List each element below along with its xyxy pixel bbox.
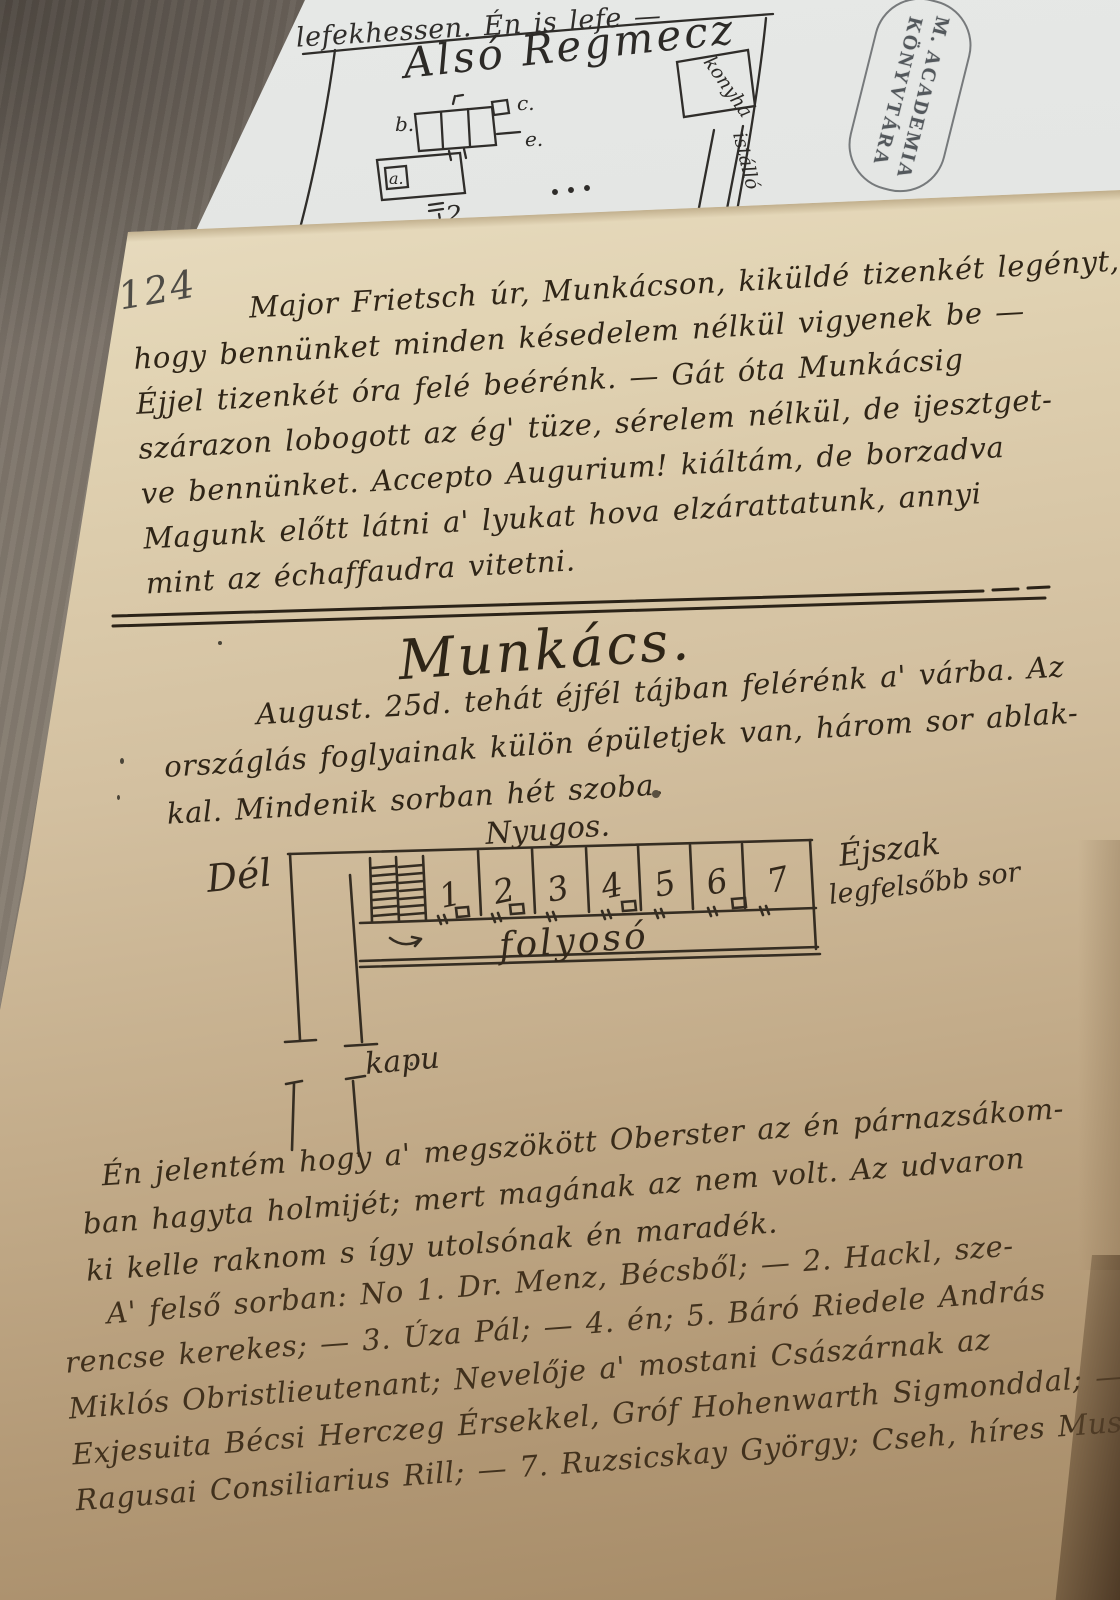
map-label-b: b.: [395, 112, 414, 136]
plan-room-number: 6: [703, 860, 732, 903]
plan-room-number: 1: [436, 873, 465, 916]
map-label-e: e.: [525, 127, 543, 151]
plan-label-ejszak: Éjszak: [835, 824, 942, 874]
paragraph-castle: August. 25d. tehát éjfél tájban felérénk…: [160, 643, 1082, 838]
map-label-c: c.: [517, 91, 535, 115]
corridor-arrow: [390, 937, 421, 946]
plan-room-number: 7: [764, 858, 793, 901]
plan-room-number: 2: [489, 869, 519, 912]
manuscript-photo: egy — — — rás, hogy lefekhessen. Én is l…: [0, 0, 1120, 1600]
ink-speck: [652, 790, 660, 798]
ink-speck: [117, 795, 120, 800]
plan-room-number: 5: [651, 862, 680, 905]
ink-speck: [218, 641, 222, 645]
paragraph-arrival: Major Frietsch úr, Munkácson, kiküldé ti…: [130, 238, 1120, 606]
map-label-a: a.: [389, 169, 404, 188]
map-title: Alsó Regmecz: [397, 4, 738, 88]
plan-label-del: Dél: [203, 850, 273, 901]
library-stamp: M. ACADEMIA KÖNYVTÁRA: [839, 0, 982, 202]
map-label-istallo: istálló: [728, 130, 763, 192]
ink-speck: [120, 758, 124, 764]
lower-manuscript-page: 124 Major Frietsch úr, Munkácson, kiküld…: [0, 0, 1120, 1600]
ink-speck: [410, 1062, 413, 1066]
also-regmecz-map-drawing: Alsó Regmecz konyha istálló b. a. c. e. …: [225, 0, 805, 240]
ink-speck: [836, 688, 839, 691]
page-right-shading: [1078, 840, 1120, 1270]
plan-room-number: 3: [544, 867, 573, 910]
plan-label-kapu: kapu: [364, 1041, 441, 1082]
plan-room-number: 4: [597, 864, 627, 907]
